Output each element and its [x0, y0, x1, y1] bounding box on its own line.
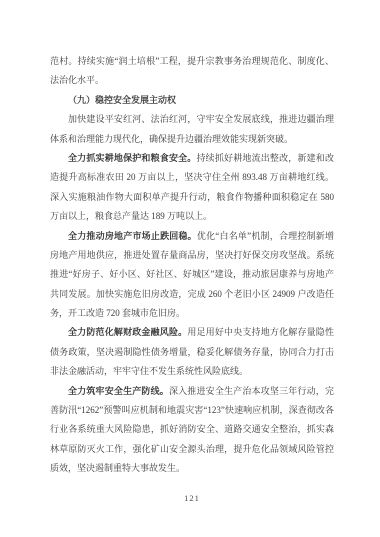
line-text: 善防汛“1262”预警叫应机制和地震灾害“123”快速响应机制，深查彻改各	[50, 405, 334, 415]
text-line: 法治化水平。	[50, 71, 334, 90]
line-text: 体系和治理能力现代化，确保提升边疆治理效能实现新突破。	[50, 134, 293, 144]
line-text: 林草原防灭火工作，强化矿山安全源头治理，提升危化品领域风险管控	[50, 444, 334, 454]
text-line: 推进“好房子、好小区、好社区、好城区”建设，推动旅居康养与房地产	[50, 265, 334, 284]
line-text: 持续抓好耕地流出整改，新建和改	[197, 153, 335, 163]
page-number: 121	[50, 493, 334, 503]
paragraph-lead: 全力抓实耕地保护和粮食安全。	[68, 153, 197, 163]
line-text: 债务政策，坚决遏制隐性债务增量，稳妥化解债务存量，协同合力打击	[50, 347, 334, 357]
line-text: 范村。持续实施“润土培根”工程，提升宗教事务治理规范化、制度化、	[50, 56, 334, 66]
paragraph-lead: 全力筑牢安全生产防线。	[68, 386, 169, 396]
text-line: 债务政策，坚决遏制隐性债务增量，稳妥化解债务存量，协同合力打击	[50, 343, 334, 362]
text-line: 务，开工改造 720 套城市危旧房。	[50, 304, 334, 323]
line-text: 推进“好房子、好小区、好社区、好城区”建设，推动旅居康养与房地产	[50, 269, 334, 279]
line-text: 质效，坚决遏制重特大事故发生。	[50, 463, 185, 473]
line-text: 用足用好中央支持地方化解存量隐性	[187, 327, 334, 337]
text-line: 质效，坚决遏制重特大事故发生。	[50, 459, 334, 478]
text-line: 体系和治理能力现代化，确保提升边疆治理效能实现新突破。	[50, 130, 334, 149]
text-block: 范村。持续实施“润土培根”工程，提升宗教事务治理规范化、制度化、 法治化水平。 …	[50, 52, 334, 479]
text-line: 造提升高标准农田 20 万亩以上，坚决守住全州 893.48 万亩耕地红线。	[50, 168, 334, 187]
line-text: 优化“白名单”机制，合理控制新增	[197, 231, 334, 241]
text-line: 全力筑牢安全生产防线。深入推进安全生产治本攻坚三年行动，完	[50, 382, 334, 401]
text-line: 全力推动房地产市场止跌回稳。优化“白名单”机制，合理控制新增	[50, 227, 334, 246]
line-text: 加快建设平安红河、法治红河，守牢安全发展底线，推进边疆治理	[68, 114, 334, 124]
text-line: 非法金融活动，牢牢守住不发生系统性风险底线。	[50, 362, 334, 381]
line-text: 行业各系统重大风险隐患，抓好消防安全、道路交通安全整治，抓实森	[50, 424, 334, 434]
text-line: 行业各系统重大风险隐患，抓好消防安全、道路交通安全整治，抓实森	[50, 420, 334, 439]
text-line: 林草原防灭火工作，强化矿山安全源头治理，提升危化品领域风险管控	[50, 440, 334, 459]
text-line: 万亩以上，粮食总产量达 189 万吨以上。	[50, 207, 334, 226]
text-line: 全力抓实耕地保护和粮食安全。持续抓好耕地流出整改，新建和改	[50, 149, 334, 168]
document-page: 范村。持续实施“润土培根”工程，提升宗教事务治理规范化、制度化、 法治化水平。 …	[0, 0, 380, 537]
line-text: 法治化水平。	[50, 75, 104, 85]
line-text: 造提升高标准农田 20 万亩以上，坚决守住全州 893.48 万亩耕地红线。	[50, 172, 334, 182]
paragraph-lead: 全力防范化解财政金融风险。	[68, 327, 187, 337]
line-text: 深入实施粮油作物大面积单产提升行动，粮食作物播种面积稳定在 580	[50, 192, 334, 202]
paragraph-lead: 全力推动房地产市场止跌回稳。	[68, 231, 197, 241]
line-text: （九）稳控安全发展主动权	[68, 95, 176, 105]
text-line: 全力防范化解财政金融风险。用足用好中央支持地方化解存量隐性	[50, 323, 334, 342]
line-text: 万亩以上，粮食总产量达 189 万吨以上。	[50, 211, 212, 221]
text-line: 房地产用地供应，推进处置存量商品房，坚决打好保交房攻坚战。系统	[50, 246, 334, 265]
text-line: 范村。持续实施“润土培根”工程，提升宗教事务治理规范化、制度化、	[50, 52, 334, 71]
text-line: 共同发展。加快实施危旧房改造，完成 260 个老旧小区 24909 户改造任	[50, 285, 334, 304]
text-line: 善防汛“1262”预警叫应机制和地震灾害“123”快速响应机制，深查彻改各	[50, 401, 334, 420]
line-text: 务，开工改造 720 套城市危旧房。	[50, 308, 185, 318]
line-text: 房地产用地供应，推进处置存量商品房，坚决打好保交房攻坚战。系统	[50, 250, 334, 260]
line-text: 共同发展。加快实施危旧房改造，完成 260 个老旧小区 24909 户改造任	[50, 289, 334, 299]
line-text: 深入推进安全生产治本攻坚三年行动，完	[169, 386, 334, 396]
text-line: 深入实施粮油作物大面积单产提升行动，粮食作物播种面积稳定在 580	[50, 188, 334, 207]
section-heading: （九）稳控安全发展主动权	[50, 91, 334, 110]
text-line: 加快建设平安红河、法治红河，守牢安全发展底线，推进边疆治理	[50, 110, 334, 129]
line-text: 非法金融活动，牢牢守住不发生系统性风险底线。	[50, 366, 248, 376]
